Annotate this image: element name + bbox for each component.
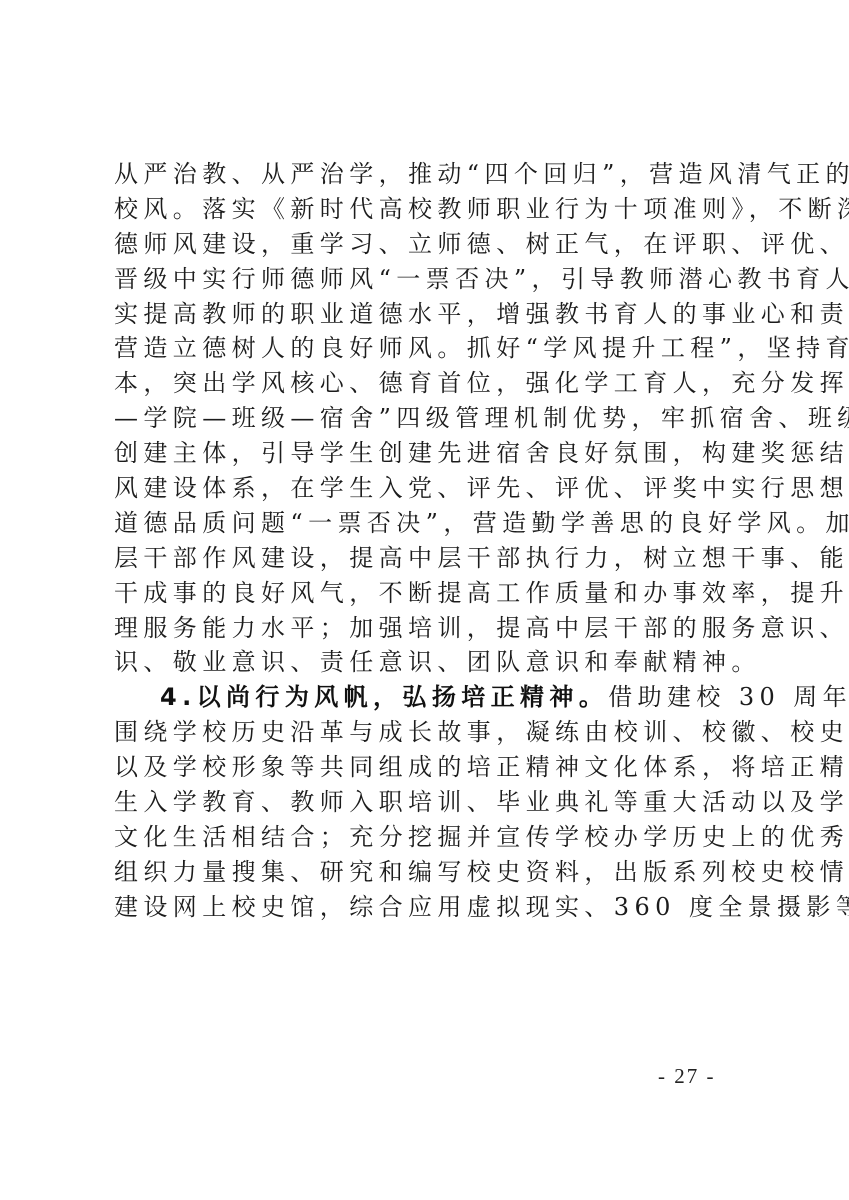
text-line: 风建设体系，在学生入党、评先、评优、评奖中实行思想政治、 — [114, 471, 746, 506]
text-line: —学院—班级—宿舍”四级管理机制优势，牢抓宿舍、班级两个 — [114, 401, 746, 436]
text-line: 德师风建设，重学习、立师德、树正气，在评职、评优、评先、 — [114, 227, 746, 262]
text-line: 校风。落实《新时代高校教师职业行为十项准则》，不断深化师 — [114, 192, 746, 227]
text-line: 道德品质问题“一票否决”，营造勤学善思的良好学风。加强中 — [114, 506, 746, 541]
text-line: 实提高教师的职业道德水平，增强教书育人的事业心和责任感， — [114, 297, 746, 332]
text-line: 干成事的良好风气，不断提高工作质量和办事效率，提升精准管 — [114, 576, 746, 611]
text-line: 层干部作风建设，提高中层干部执行力，树立想干事、能干事、 — [114, 541, 746, 576]
text-line: 理服务能力水平；加强培训，提高中层干部的服务意识、忠诚意 — [114, 611, 746, 646]
text-line: 文化生活相结合；充分挖掘并宣传学校办学历史上的优秀案例， — [114, 820, 746, 855]
section-4-first-line-text: 借助建校 30 周年契机， — [608, 683, 849, 711]
section-4-first-line: 4.以尚行为风帆，弘扬培正精神。借助建校 30 周年契机， — [114, 680, 746, 715]
document-page: 从严治教、从严治学，推动“四个回归”，营造风清气正的良好 校风。落实《新时代高校… — [0, 0, 849, 1200]
body-text: 从严治教、从严治学，推动“四个回归”，营造风清气正的良好 校风。落实《新时代高校… — [114, 157, 746, 925]
text-line: 从严治教、从严治学，推动“四个回归”，营造风清气正的良好 — [114, 157, 746, 192]
text-line: 生入学教育、教师入职培训、毕业典礼等重大活动以及学校日常 — [114, 785, 746, 820]
section-4-heading: 4.以尚行为风帆，弘扬培正精神。 — [160, 683, 608, 711]
page-number: - 27 - — [658, 1064, 716, 1089]
text-line: 识、敬业意识、责任意识、团队意识和奉献精神。 — [114, 645, 746, 680]
text-line: 营造立德树人的良好师风。抓好“学风提升工程”，坚持育人为 — [114, 331, 746, 366]
text-line: 围绕学校历史沿革与成长故事，凝练由校训、校徽、校史、校歌 — [114, 715, 746, 750]
text-line: 创建主体，引导学生创建先进宿舍良好氛围，构建奖惩结合的学 — [114, 436, 746, 471]
text-line: 以及学校形象等共同组成的培正精神文化体系，将培正精神与新 — [114, 750, 746, 785]
text-line: 晋级中实行师德师风“一票否决”，引导教师潜心教书育人，切 — [114, 262, 746, 297]
text-line: 本，突出学风核心、德育首位，强化学工育人，充分发挥“学校 — [114, 366, 746, 401]
text-line: 建设网上校史馆，综合应用虚拟现实、360 度全景摄影等先进技 — [114, 890, 746, 925]
text-line: 组织力量搜集、研究和编写校史资料，出版系列校史校情作品； — [114, 855, 746, 890]
